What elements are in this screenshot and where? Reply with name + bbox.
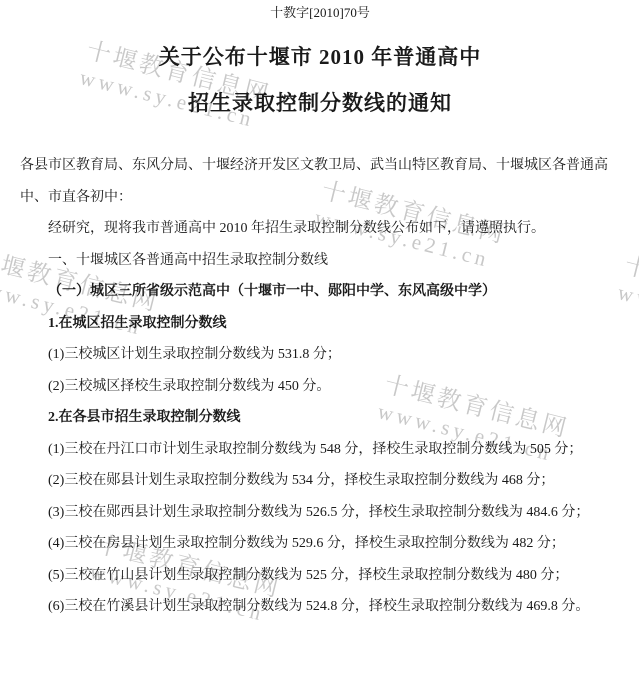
paragraph: 1.在城区招生录取控制分数线 — [20, 308, 620, 340]
doc-title-line2: 招生录取控制分数线的通知 — [20, 90, 620, 117]
document-body: 各县市区教育局、东风分局、十堰经济开发区文教卫局、武当山特区教育局、十堰城区各普… — [20, 150, 620, 623]
paragraph: (5)三校在竹山县计划生录取控制分数线为 525 分，择校生录取控制分数线为 4… — [20, 560, 620, 592]
paragraph: 各县市区教育局、东风分局、十堰经济开发区文教卫局、武当山特区教育局、十堰城区各普… — [20, 150, 620, 213]
paragraph: 一、十堰城区各普通高中招生录取控制分数线 — [20, 245, 620, 277]
paragraph: (2)三校在郧县计划生录取控制分数线为 534 分，择校生录取控制分数线为 46… — [20, 465, 620, 497]
paragraph: (1)三校城区计划生录取控制分数线为 531.8 分； — [20, 339, 620, 371]
paragraph: (4)三校在房县计划生录取控制分数线为 529.6 分，择校生录取控制分数线为 … — [20, 528, 620, 560]
paragraph: (3)三校在郧西县计划生录取控制分数线为 526.5 分，择校生录取控制分数线为… — [20, 497, 620, 529]
doc-title-line1: 关于公布十堰市 2010 年普通高中 — [20, 44, 620, 71]
paragraph: 经研究，现将我市普通高中 2010 年招生录取控制分数线公布如下，请遵照执行。 — [20, 213, 620, 245]
paragraph: (2)三校城区择校生录取控制分数线为 450 分。 — [20, 371, 620, 403]
paragraph: （一）城区三所省级示范高中（十堰市一中、郧阳中学、东风高级中学） — [20, 276, 620, 308]
paragraph: 2.在各县市招生录取控制分数线 — [20, 402, 620, 434]
paragraph: (6)三校在竹溪县计划生录取控制分数线为 524.8 分，择校生录取控制分数线为… — [20, 591, 620, 623]
doc-number: 十教字[2010]70号 — [20, 5, 620, 21]
paragraph: (1)三校在丹江口市计划生录取控制分数线为 548 分，择校生录取控制分数线为 … — [20, 434, 620, 466]
document-page: 十教字[2010]70号 关于公布十堰市 2010 年普通高中 招生录取控制分数… — [0, 0, 639, 676]
